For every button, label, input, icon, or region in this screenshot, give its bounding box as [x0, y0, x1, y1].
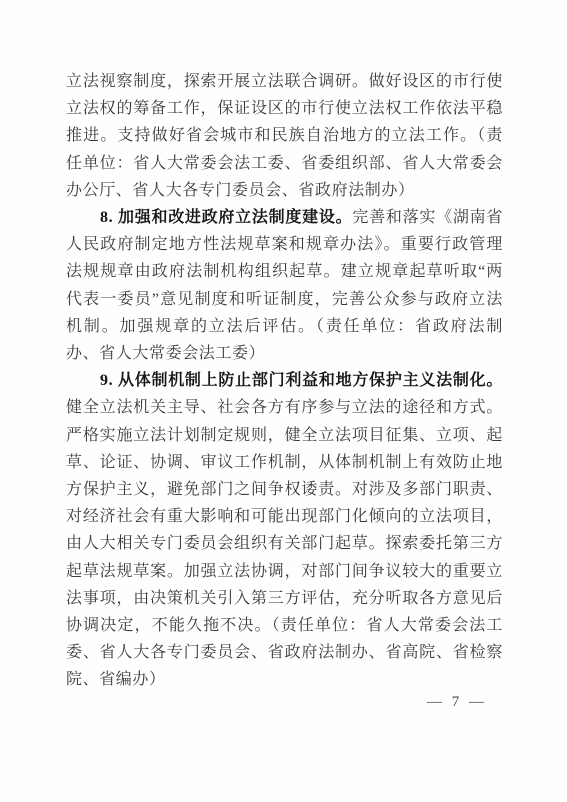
paragraph-continuation: 立法视察制度，探索开展立法联合调研。做好设区的市行使立法权的筹备工作，保证设区的… [66, 68, 503, 204]
paragraph-item-9: 9. 从体制机制上防止部门利益和地方保护主义法制化。健全立法机关主导、社会各方有… [66, 367, 503, 693]
paragraph-item-8: 8. 加强和改进政府立法制度建设。完善和落实《湖南省人民政府制定地方性法规草案和… [66, 204, 503, 367]
paragraph-item-9-text: 健全立法机关主导、社会各方有序参与立法的途径和方式。严格实施立法计划制定规则，健… [66, 399, 503, 688]
paragraph-item-8-heading: 8. 加强和改进政府立法制度建设。 [100, 209, 352, 226]
document-body: 立法视察制度，探索开展立法联合调研。做好设区的市行使立法权的筹备工作，保证设区的… [66, 68, 503, 694]
page-number: — 7 — [427, 694, 487, 711]
paragraph-item-8-text: 完善和落实《湖南省人民政府制定地方性法规草案和规章办法》。重要行政管理法规规章由… [66, 209, 503, 362]
paragraph-item-9-heading: 9. 从体制机制上防止部门利益和地方保护主义法制化。 [100, 372, 503, 389]
document-page: 立法视察制度，探索开展立法联合调研。做好设区的市行使立法权的筹备工作，保证设区的… [0, 0, 567, 802]
paragraph-continuation-text: 立法视察制度，探索开展立法联合调研。做好设区的市行使立法权的筹备工作，保证设区的… [66, 73, 503, 199]
